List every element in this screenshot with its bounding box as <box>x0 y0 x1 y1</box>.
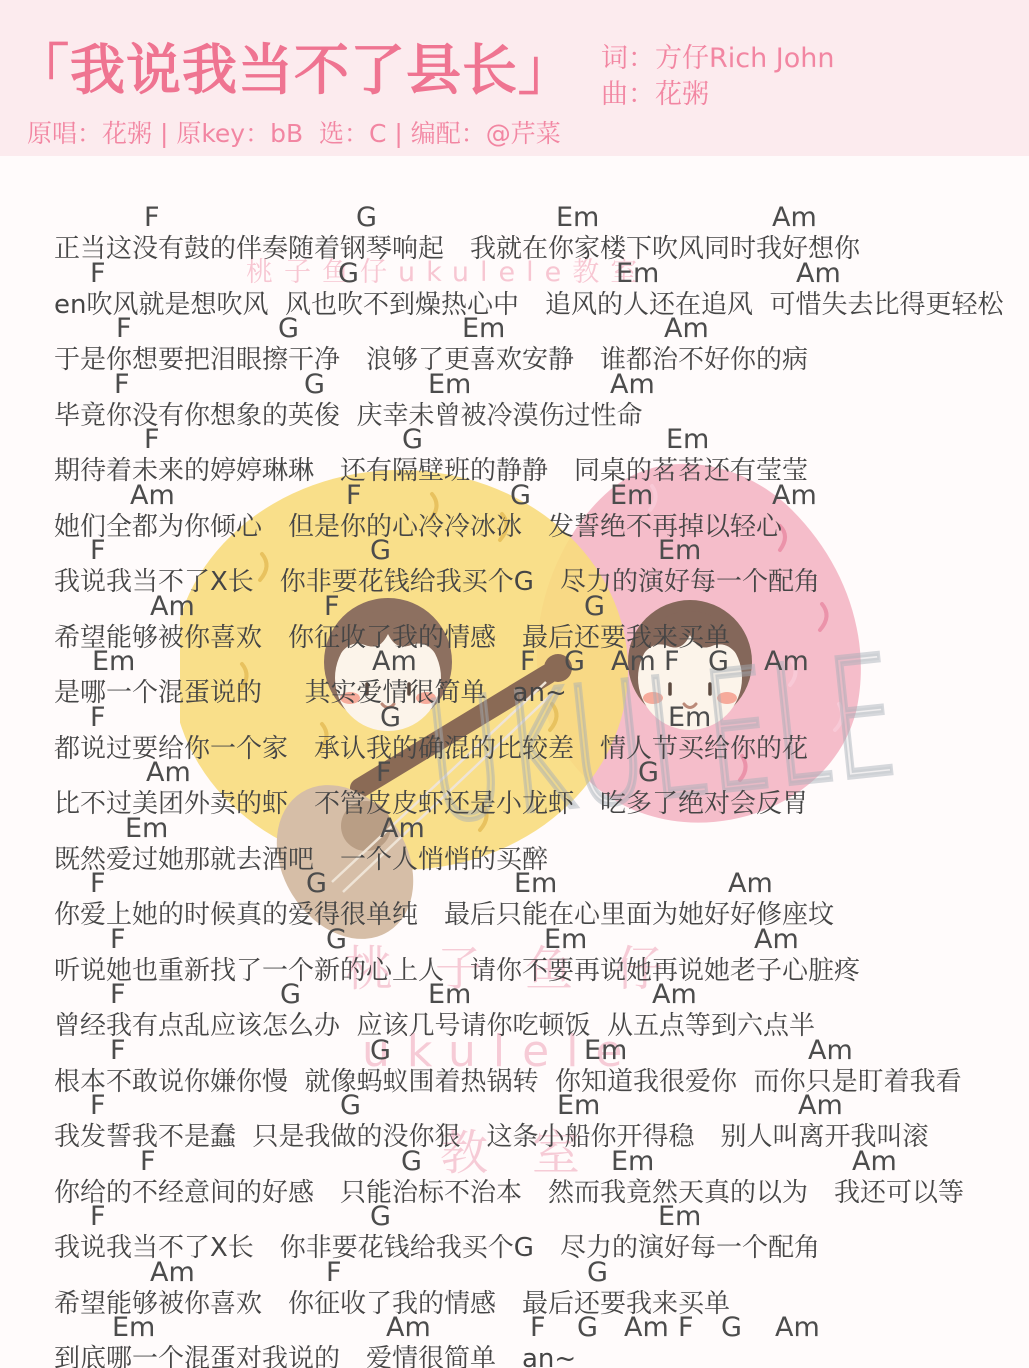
song-body: FGEmAm正当这没有鼓的伴奏随着钢琴响起 我就在你家楼下吹风同时我好想你FGE… <box>0 0 1029 1368</box>
chord-label: G <box>721 1312 742 1343</box>
chord-label: F <box>664 646 680 677</box>
chord-label: Am <box>775 1312 820 1343</box>
chord-label: F <box>678 1312 694 1343</box>
chord-label: G <box>577 1312 598 1343</box>
lyric-line: 到底哪一个混蛋对我说的 爱情很简单 an~ <box>54 1338 576 1368</box>
chord-label: G <box>708 646 729 677</box>
chord-label: Am <box>611 646 656 677</box>
chord-label: G <box>564 646 585 677</box>
chord-label: Am <box>624 1312 669 1343</box>
chord-label: Am <box>764 646 809 677</box>
